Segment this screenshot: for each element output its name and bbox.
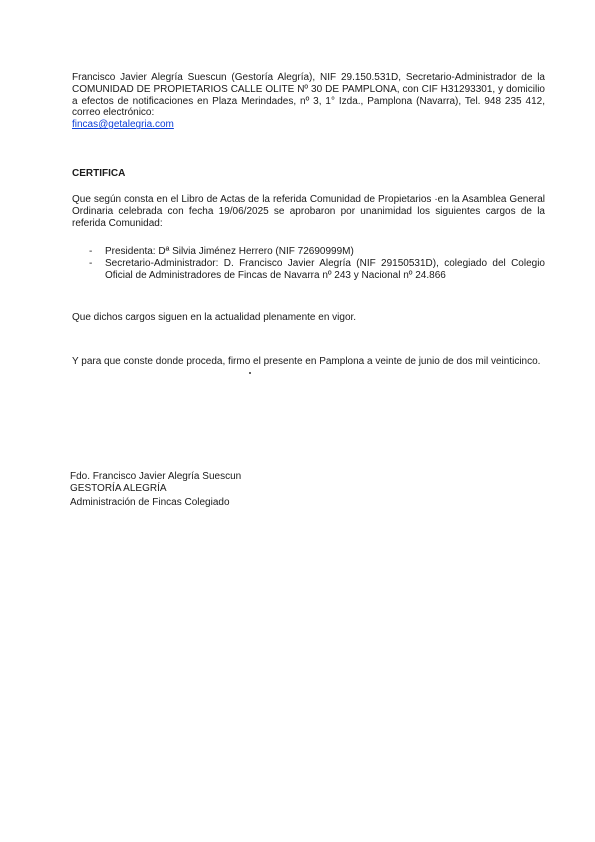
list-bullet: - <box>89 258 92 270</box>
intro-paragraph: Francisco Javier Alegría Suescun (Gestor… <box>72 72 545 131</box>
closing-statement: Y para que conste donde proceda, firmo e… <box>72 356 545 368</box>
list-item-president: - Presidenta: Dª Silvia Jiménez Herrero … <box>72 246 545 258</box>
signature-company: GESTORÍA ALEGRÍA <box>70 483 241 495</box>
signature-name: Fdo. Francisco Javier Alegría Suescun <box>70 471 241 483</box>
positions-list: - Presidenta: Dª Silvia Jiménez Herrero … <box>72 246 545 281</box>
list-bullet: - <box>89 246 92 258</box>
list-item-text: Secretario-Administrador: D. Francisco J… <box>105 258 545 281</box>
signature-block: Fdo. Francisco Javier Alegría Suescun GE… <box>70 471 241 509</box>
stray-dot-mark <box>249 372 251 374</box>
certifica-heading: CERTIFICA <box>72 168 545 180</box>
list-item-secretary: - Secretario-Administrador: D. Francisco… <box>72 258 545 282</box>
certification-body: Que según consta en el Libro de Actas de… <box>72 194 545 229</box>
intro-text: Francisco Javier Alegría Suescun (Gestor… <box>72 72 545 118</box>
list-item-text: Presidenta: Dª Silvia Jiménez Herrero (N… <box>105 246 354 257</box>
signature-title: Administración de Fincas Colegiado <box>70 497 241 509</box>
validity-statement: Que dichos cargos siguen en la actualida… <box>72 312 545 324</box>
document-page: Francisco Javier Alegría Suescun (Gestor… <box>0 0 595 842</box>
email-link[interactable]: fincas@getalegria.com <box>72 119 174 130</box>
